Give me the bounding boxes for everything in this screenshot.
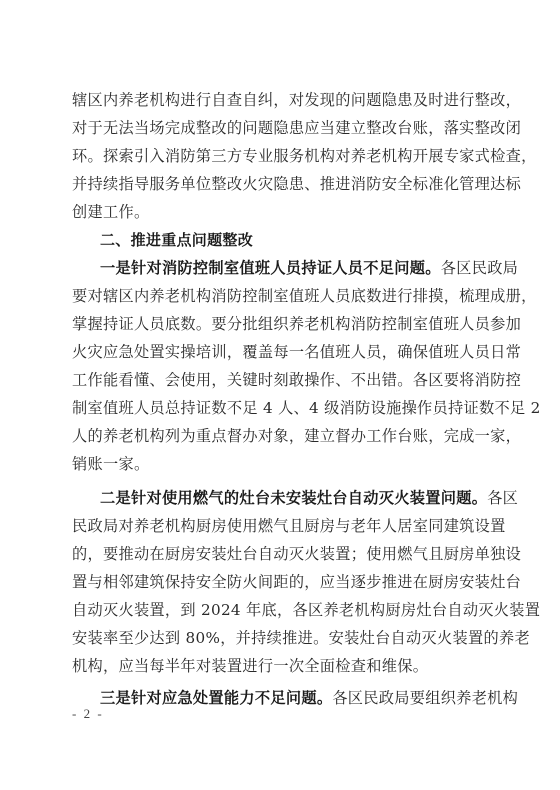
paragraph-line: 机构，应当每半年对装置进行一次全面检查和维保。 (72, 652, 454, 680)
paragraph-line: 工作能看懂、会使用，关键时刻敢操作、不出错。各区要将消防控 (72, 366, 454, 394)
paragraph-line: 对于无法当场完成整改的问题隐患应当建立整改台账，落实整改闭 (72, 114, 454, 142)
section-heading: 二、推进重点问题整改 (100, 226, 454, 254)
paragraph-line: 销账一家。 (72, 450, 454, 478)
item1-lead: 一是针对消防控制室值班人员持证人员不足问题。 (100, 259, 441, 277)
page-number: - 2 - (72, 706, 104, 722)
item3-first-line: 三是针对应急处置能力不足问题。各区民政局要组织养老机构 (100, 684, 454, 712)
paragraph-line: 火灾应急处置实操培训，覆盖每一名值班人员，确保值班人员日常 (72, 338, 454, 366)
item3-lead: 三是针对应急处置能力不足问题。 (100, 689, 332, 707)
item2-first-rest: 各区 (487, 489, 518, 507)
paragraph-line: 创建工作。 (72, 198, 454, 226)
paragraph-line: 的，要推动在厨房安装灶台自动灭火装置；使用燃气且厨房单独设 (72, 540, 454, 568)
paragraph-line: 安装率至少达到 80%，并持续推进。安装灶台自动灭火装置的养老 (72, 624, 454, 652)
item1-first-rest: 各区民政局 (441, 259, 518, 277)
paragraph-line: 要对辖区内养老机构消防控制室值班人员底数进行排摸，梳理成册， (72, 282, 454, 310)
item3-first-rest: 各区民政局要组织养老机构 (332, 689, 518, 707)
paragraph-line: 人的养老机构列为重点督办对象，建立督办工作台账，完成一家， (72, 422, 454, 450)
document-page: 辖区内养老机构进行自查自纠，对发现的问题隐患及时进行整改， 对于无法当场完成整改… (0, 0, 560, 790)
paragraph-line: 环。探索引入消防第三方专业服务机构对养老机构开展专家式检查， (72, 142, 454, 170)
paragraph-line: 置与相邻建筑保持安全防火间距的，应当逐步推进在厨房安装灶台 (72, 568, 454, 596)
item2-first-line: 二是针对使用燃气的灶台未安装灶台自动灭火装置问题。各区 (100, 484, 454, 512)
paragraph-line: 制室值班人员总持证数不足 4 人、4 级消防设施操作员持证数不足 2 (72, 394, 454, 422)
paragraph-line: 自动灭火装置，到 2024 年底，各区养老机构厨房灶台自动灭火装置 (72, 596, 454, 624)
paragraph-line: 并持续指导服务单位整改火灾隐患、推进消防安全标准化管理达标 (72, 170, 454, 198)
item2-lead: 二是针对使用燃气的灶台未安装灶台自动灭火装置问题。 (100, 489, 487, 507)
paragraph-line: 掌握持证人员底数。要分批组织养老机构消防控制室值班人员参加 (72, 310, 454, 338)
item1-first-line: 一是针对消防控制室值班人员持证人员不足问题。各区民政局 (100, 254, 454, 282)
paragraph-line: 辖区内养老机构进行自查自纠，对发现的问题隐患及时进行整改， (72, 86, 454, 114)
paragraph-line: 民政局对养老机构厨房使用燃气且厨房与老年人居室同建筑设置 (72, 512, 454, 540)
